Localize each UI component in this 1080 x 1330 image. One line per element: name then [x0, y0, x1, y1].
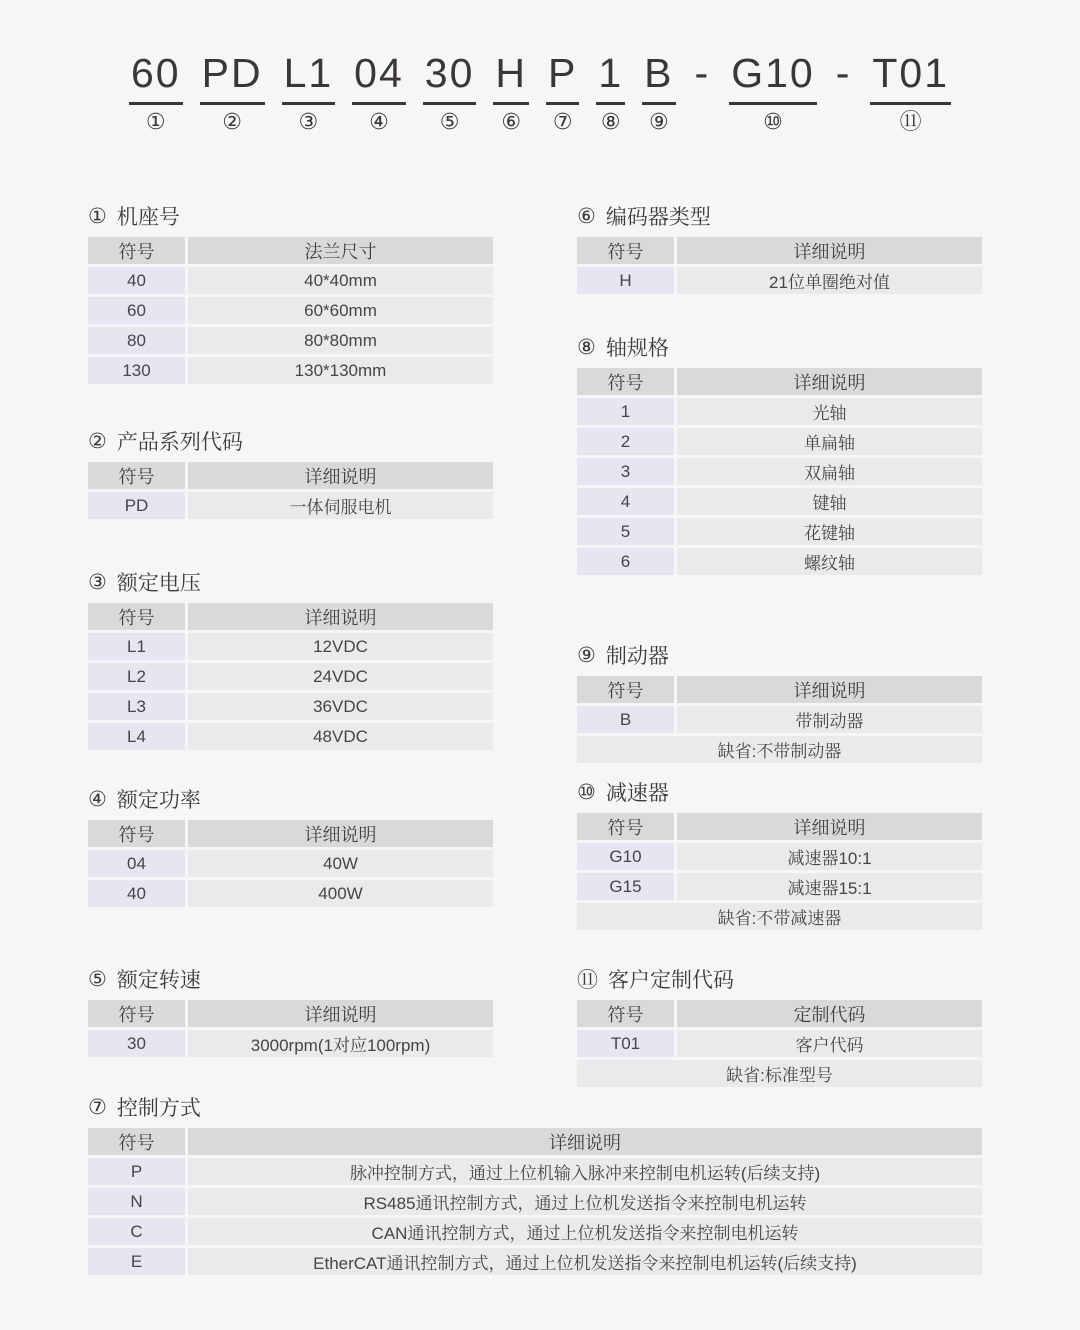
cell-detail: 40*40mm — [188, 267, 493, 294]
cell-detail: 减速器15:1 — [677, 873, 982, 900]
code-text: P — [546, 52, 579, 105]
table-row: E EtherCAT通讯控制方式，通过上位机发送指令来控制电机运转(后续支持) — [88, 1248, 982, 1275]
table-default-note: 缺省:不带减速器 — [577, 903, 982, 930]
code-index-badge: ⑨ — [649, 111, 669, 133]
section-shaft-spec: ⑧ 轴规格 符号 详细说明 1 光轴 2 单扁轴 3 双扁轴 4 键轴 — [577, 334, 982, 575]
cell-detail: 60*60mm — [188, 297, 493, 324]
header-symbol: 符号 — [577, 237, 674, 264]
section-title-text: 机座号 — [117, 201, 180, 231]
table-header-row: 符号 详细说明 — [88, 603, 493, 630]
header-detail: 详细说明 — [188, 462, 493, 489]
section-reducer: ⑩ 减速器 符号 详细说明 G10 减速器10:1 G15 减速器15:1 缺省… — [577, 779, 982, 930]
section-title: ② 产品系列代码 — [88, 428, 493, 454]
cell-detail: 400W — [188, 880, 493, 907]
header-detail: 法兰尺寸 — [188, 237, 493, 264]
cell-symbol: 80 — [88, 327, 185, 354]
code-text: - — [693, 52, 713, 105]
table-row: G15 减速器15:1 — [577, 873, 982, 900]
circled-number: ⑦ — [88, 1095, 107, 1120]
cell-symbol: G15 — [577, 873, 674, 900]
header-detail: 定制代码 — [677, 1000, 982, 1027]
cell-symbol: 04 — [88, 850, 185, 877]
section-title: ③ 额定电压 — [88, 569, 493, 595]
section-title-text: 控制方式 — [117, 1092, 201, 1122]
code-index-badge: ⑦ — [553, 111, 573, 133]
section-rated-power: ④ 额定功率 符号 详细说明 04 40W 40 400W — [88, 786, 493, 907]
section-title: ⑧ 轴规格 — [577, 334, 982, 360]
table: 符号 详细说明 L1 12VDC L2 24VDC L3 36VDC L4 48… — [88, 603, 493, 750]
code-segment-control: P ⑦ — [546, 52, 579, 133]
section-encoder-type: ⑥ 编码器类型 符号 详细说明 H 21位单圈绝对值 — [577, 203, 982, 294]
code-text: H — [493, 52, 529, 105]
cell-detail: 双扁轴 — [677, 458, 982, 485]
section-title-text: 编码器类型 — [606, 201, 711, 231]
cell-symbol: P — [88, 1158, 185, 1185]
code-index-badge: ⑩ — [763, 111, 783, 133]
header-detail: 详细说明 — [677, 813, 982, 840]
cell-symbol: 40 — [88, 267, 185, 294]
cell-detail: 花键轴 — [677, 518, 982, 545]
table-header-row: 符号 详细说明 — [577, 676, 982, 703]
table-row: 04 40W — [88, 850, 493, 877]
code-segment-reducer: G10 ⑩ — [729, 52, 817, 133]
section-frame-size: ① 机座号 符号 法兰尺寸 40 40*40mm 60 60*60mm 80 8… — [88, 203, 493, 384]
header-detail: 详细说明 — [677, 237, 982, 264]
table-row: 1 光轴 — [577, 398, 982, 425]
cell-detail: 21位单圈绝对值 — [677, 267, 982, 294]
table-header-row: 符号 详细说明 — [88, 1000, 493, 1027]
code-text: G10 — [729, 52, 817, 105]
code-index-badge: ② — [222, 111, 242, 133]
table-row: B 带制动器 — [577, 706, 982, 733]
table: 符号 详细说明 P 脉冲控制方式，通过上位机输入脉冲来控制电机运转(后续支持) … — [88, 1128, 982, 1275]
code-text: 30 — [423, 52, 477, 105]
cell-symbol: L2 — [88, 663, 185, 690]
code-text: T01 — [870, 52, 951, 105]
cell-detail: 12VDC — [188, 633, 493, 660]
cell-symbol: B — [577, 706, 674, 733]
section-title-text: 额定转速 — [117, 964, 201, 994]
table-row: 40 400W — [88, 880, 493, 907]
code-separator-dash: - — [693, 52, 713, 133]
table: 符号 法兰尺寸 40 40*40mm 60 60*60mm 80 80*80mm… — [88, 237, 493, 384]
code-segment-custom: T01 ⑪ — [870, 52, 951, 133]
table-header-row: 符号 定制代码 — [577, 1000, 982, 1027]
header-symbol: 符号 — [88, 1000, 185, 1027]
table-row: PD 一体伺服电机 — [88, 492, 493, 519]
cell-symbol: 4 — [577, 488, 674, 515]
table: 符号 详细说明 G10 减速器10:1 G15 减速器15:1 缺省:不带减速器 — [577, 813, 982, 930]
cell-symbol: 1 — [577, 398, 674, 425]
table-row: G10 减速器10:1 — [577, 843, 982, 870]
code-index-badge: ⑪ — [900, 111, 922, 133]
table: 符号 详细说明 1 光轴 2 单扁轴 3 双扁轴 4 键轴 5 花键轴 — [577, 368, 982, 575]
code-text: 60 — [129, 52, 183, 105]
table-header-row: 符号 法兰尺寸 — [88, 237, 493, 264]
section-title-text: 额定功率 — [117, 784, 201, 814]
cell-detail: 48VDC — [188, 723, 493, 750]
code-text: B — [642, 52, 675, 105]
cell-symbol: H — [577, 267, 674, 294]
cell-symbol: L1 — [88, 633, 185, 660]
circled-number: ⑪ — [577, 964, 598, 994]
table: 符号 详细说明 PD 一体伺服电机 — [88, 462, 493, 519]
code-text: L1 — [282, 52, 336, 105]
table-header-row: 符号 详细说明 — [88, 820, 493, 847]
section-rated-voltage: ③ 额定电压 符号 详细说明 L1 12VDC L2 24VDC L3 36VD… — [88, 569, 493, 750]
section-title: ④ 额定功率 — [88, 786, 493, 812]
header-symbol: 符号 — [577, 676, 674, 703]
circled-number: ⑤ — [88, 967, 107, 992]
section-title: ⑩ 减速器 — [577, 779, 982, 805]
cell-symbol: 40 — [88, 880, 185, 907]
table-row: 2 单扁轴 — [577, 428, 982, 455]
header-detail: 详细说明 — [188, 1000, 493, 1027]
section-title: ⑦ 控制方式 — [88, 1094, 982, 1120]
cell-symbol: PD — [88, 492, 185, 519]
code-segment-voltage: L1 ③ — [282, 52, 336, 133]
header-detail: 详细说明 — [188, 1128, 982, 1155]
table-row: 6 螺纹轴 — [577, 548, 982, 575]
cell-symbol: N — [88, 1188, 185, 1215]
cell-symbol: 60 — [88, 297, 185, 324]
circled-number: ⑨ — [577, 643, 596, 668]
table-header-row: 符号 详细说明 — [577, 237, 982, 264]
cell-detail: 130*130mm — [188, 357, 493, 384]
table-row: T01 客户代码 — [577, 1030, 982, 1057]
section-product-series: ② 产品系列代码 符号 详细说明 PD 一体伺服电机 — [88, 428, 493, 519]
table-row: L2 24VDC — [88, 663, 493, 690]
section-title-text: 额定电压 — [117, 567, 201, 597]
cell-detail: RS485通讯控制方式，通过上位机发送指令来控制电机运转 — [188, 1188, 982, 1215]
code-segment-series: PD ② — [200, 52, 265, 133]
circled-number: ① — [88, 204, 107, 229]
cell-symbol: L3 — [88, 693, 185, 720]
header-detail: 详细说明 — [188, 820, 493, 847]
cell-detail: 80*80mm — [188, 327, 493, 354]
cell-detail: 键轴 — [677, 488, 982, 515]
table-row: L3 36VDC — [88, 693, 493, 720]
code-index-badge: ④ — [369, 111, 389, 133]
model-code-header: 60 ① PD ② L1 ③ 04 ④ 30 ⑤ H ⑥ P ⑦ 1 ⑧ — [0, 52, 1080, 133]
section-title: ⑥ 编码器类型 — [577, 203, 982, 229]
header-symbol: 符号 — [88, 820, 185, 847]
cell-detail: 一体伺服电机 — [188, 492, 493, 519]
table: 符号 详细说明 H 21位单圈绝对值 — [577, 237, 982, 294]
table-row: 80 80*80mm — [88, 327, 493, 354]
cell-symbol: 6 — [577, 548, 674, 575]
section-brake: ⑨ 制动器 符号 详细说明 B 带制动器 缺省:不带制动器 — [577, 642, 982, 763]
table-row: 30 3000rpm(1对应100rpm) — [88, 1030, 493, 1057]
code-text: 04 — [352, 52, 406, 105]
cell-detail: 24VDC — [188, 663, 493, 690]
section-title-text: 减速器 — [606, 777, 669, 807]
table-row: C CAN通讯控制方式，通过上位机发送指令来控制电机运转 — [88, 1218, 982, 1245]
table: 符号 定制代码 T01 客户代码 缺省:标准型号 — [577, 1000, 982, 1087]
header-symbol: 符号 — [577, 813, 674, 840]
cell-detail: EtherCAT通讯控制方式，通过上位机发送指令来控制电机运转(后续支持) — [188, 1248, 982, 1275]
header-detail: 详细说明 — [677, 368, 982, 395]
cell-symbol: 30 — [88, 1030, 185, 1057]
table-row: P 脉冲控制方式，通过上位机输入脉冲来控制电机运转(后续支持) — [88, 1158, 982, 1185]
section-title-text: 轴规格 — [606, 332, 669, 362]
section-title: ⑪ 客户定制代码 — [577, 966, 982, 992]
header-symbol: 符号 — [88, 462, 185, 489]
cell-detail: 40W — [188, 850, 493, 877]
header-symbol: 符号 — [88, 1128, 185, 1155]
cell-symbol: L4 — [88, 723, 185, 750]
cell-detail: 螺纹轴 — [677, 548, 982, 575]
circled-number: ⑩ — [577, 780, 596, 805]
code-segment-shaft: 1 ⑧ — [596, 52, 625, 133]
code-segment-brake: B ⑨ — [642, 52, 675, 133]
table-row: 130 130*130mm — [88, 357, 493, 384]
code-text: PD — [200, 52, 265, 105]
cell-detail: 减速器10:1 — [677, 843, 982, 870]
circled-number: ④ — [88, 787, 107, 812]
section-control-mode: ⑦ 控制方式 符号 详细说明 P 脉冲控制方式，通过上位机输入脉冲来控制电机运转… — [88, 1094, 982, 1275]
code-index-badge: ③ — [299, 111, 319, 133]
table: 符号 详细说明 04 40W 40 400W — [88, 820, 493, 907]
cell-symbol: 5 — [577, 518, 674, 545]
cell-detail: 脉冲控制方式，通过上位机输入脉冲来控制电机运转(后续支持) — [188, 1158, 982, 1185]
cell-symbol: E — [88, 1248, 185, 1275]
cell-symbol: 3 — [577, 458, 674, 485]
section-title: ⑨ 制动器 — [577, 642, 982, 668]
cell-symbol: C — [88, 1218, 185, 1245]
section-title-text: 制动器 — [606, 640, 669, 670]
code-text: 1 — [596, 52, 625, 105]
table-row: 4 键轴 — [577, 488, 982, 515]
circled-number: ⑥ — [577, 204, 596, 229]
table-header-row: 符号 详细说明 — [577, 813, 982, 840]
section-custom-code: ⑪ 客户定制代码 符号 定制代码 T01 客户代码 缺省:标准型号 — [577, 966, 982, 1087]
cell-symbol: G10 — [577, 843, 674, 870]
header-symbol: 符号 — [88, 603, 185, 630]
header-symbol: 符号 — [577, 1000, 674, 1027]
table-row: L1 12VDC — [88, 633, 493, 660]
header-symbol: 符号 — [88, 237, 185, 264]
table: 符号 详细说明 B 带制动器 缺省:不带制动器 — [577, 676, 982, 763]
code-index-badge: ① — [146, 111, 166, 133]
cell-detail: 客户代码 — [677, 1030, 982, 1057]
cell-symbol: 2 — [577, 428, 674, 455]
header-detail: 详细说明 — [188, 603, 493, 630]
code-segment-frame: 60 ① — [129, 52, 183, 133]
table-header-row: 符号 详细说明 — [88, 462, 493, 489]
section-title-text: 产品系列代码 — [117, 426, 243, 456]
table-row: 60 60*60mm — [88, 297, 493, 324]
section-title-text: 客户定制代码 — [608, 964, 734, 994]
cell-detail: CAN通讯控制方式，通过上位机发送指令来控制电机运转 — [188, 1218, 982, 1245]
cell-symbol: 130 — [88, 357, 185, 384]
cell-detail: 光轴 — [677, 398, 982, 425]
code-text: - — [834, 52, 854, 105]
code-segment-speed: 30 ⑤ — [423, 52, 477, 133]
section-title: ⑤ 额定转速 — [88, 966, 493, 992]
circled-number: ② — [88, 429, 107, 454]
code-index-badge: ⑧ — [601, 111, 621, 133]
table-row: N RS485通讯控制方式，通过上位机发送指令来控制电机运转 — [88, 1188, 982, 1215]
cell-symbol: T01 — [577, 1030, 674, 1057]
table-row: L4 48VDC — [88, 723, 493, 750]
table-header-row: 符号 详细说明 — [577, 368, 982, 395]
code-segment-power: 04 ④ — [352, 52, 406, 133]
code-segment-encoder: H ⑥ — [493, 52, 529, 133]
table-row: 5 花键轴 — [577, 518, 982, 545]
table: 符号 详细说明 30 3000rpm(1对应100rpm) — [88, 1000, 493, 1057]
table-default-note: 缺省:标准型号 — [577, 1060, 982, 1087]
code-index-badge: ⑥ — [501, 111, 521, 133]
cell-detail: 带制动器 — [677, 706, 982, 733]
section-title: ① 机座号 — [88, 203, 493, 229]
header-detail: 详细说明 — [677, 676, 982, 703]
code-index-badge: ⑤ — [440, 111, 460, 133]
circled-number: ③ — [88, 570, 107, 595]
table-header-row: 符号 详细说明 — [88, 1128, 982, 1155]
table-row: H 21位单圈绝对值 — [577, 267, 982, 294]
table-row: 40 40*40mm — [88, 267, 493, 294]
header-symbol: 符号 — [577, 368, 674, 395]
cell-detail: 单扁轴 — [677, 428, 982, 455]
table-row: 3 双扁轴 — [577, 458, 982, 485]
circled-number: ⑧ — [577, 335, 596, 360]
model-code-legend-page: 60 ① PD ② L1 ③ 04 ④ 30 ⑤ H ⑥ P ⑦ 1 ⑧ — [0, 0, 1080, 1330]
code-separator-dash: - — [834, 52, 854, 133]
table-default-note: 缺省:不带制动器 — [577, 736, 982, 763]
section-rated-speed: ⑤ 额定转速 符号 详细说明 30 3000rpm(1对应100rpm) — [88, 966, 493, 1057]
cell-detail: 36VDC — [188, 693, 493, 720]
cell-detail: 3000rpm(1对应100rpm) — [188, 1030, 493, 1057]
